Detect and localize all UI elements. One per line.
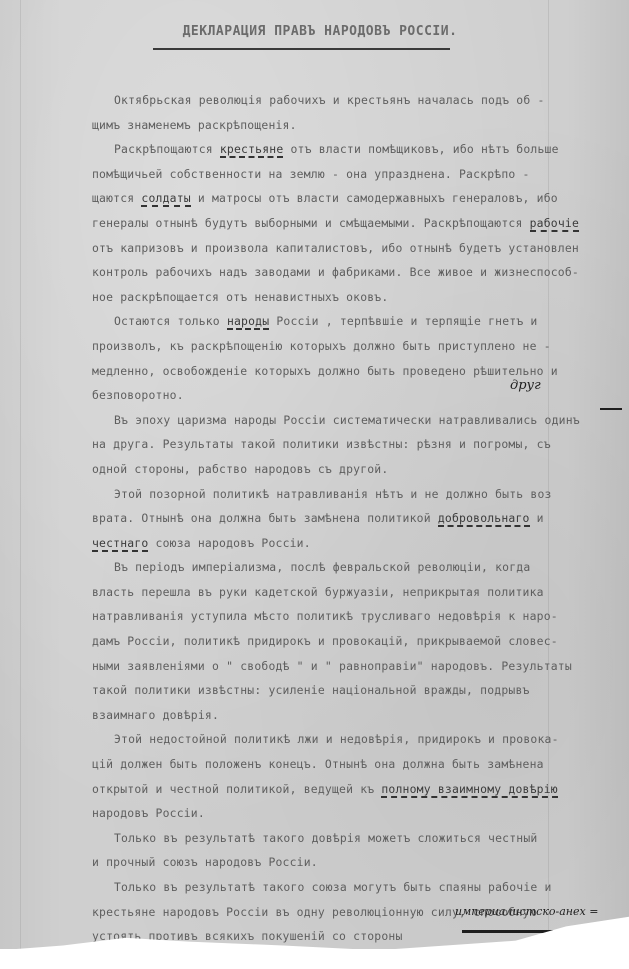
text-line: одной стороны, рабство народовъ съ друго… [92,457,627,482]
text-line: медленно, освобожденіе которыхъ должно б… [92,359,627,384]
text-line: Только въ результатѣ такого довѣрія може… [92,826,627,851]
underlined-phrase: солдаты [141,191,190,207]
text-line: Въ эпоху царизма народы Россіи системати… [92,408,627,433]
handwritten-strikethrough [462,930,602,933]
text-line: открытой и честной политикой, ведущей къ… [92,777,627,802]
text-line: ными заявленіями о " свободѣ " и " равно… [92,654,627,679]
text-line: генералы отнынѣ будутъ выборными и смѣща… [92,211,627,236]
title-underline [153,48,450,50]
text-line: Этой недостойной политикѣ лжи и недовѣрі… [92,727,627,752]
document-body: Октябрьская революція рабочихъ и крестья… [92,88,627,949]
text-line: безповоротно. [92,383,627,408]
text-line: взаимнаго довѣрія. [92,703,627,728]
handwritten-note-drug: друг [510,378,541,393]
text-line: ное раскрѣпощается отъ ненавистныхъ оков… [92,285,627,310]
underlined-phrase: рабочіе [530,216,579,232]
text-line: Раскрѣпощаются крестьяне отъ власти помѣ… [92,137,627,162]
text-line: Только въ результатѣ такого союза могутъ… [92,875,627,900]
handwritten-note-imperialist: империалистско-анех = [455,905,598,918]
text-line: врата. Отнынѣ она должна быть замѣнена п… [92,506,627,531]
text-line: дамъ Россіи, политикѣ придирокъ и провок… [92,629,627,654]
text-line: контроль рабочихъ надъ заводами и фабрик… [92,260,627,285]
underlined-phrase: полному взаимному довѣрію [381,782,557,798]
underlined-phrase: народы [227,314,269,330]
text-line: народовъ Россіи. [92,801,627,826]
text-line: произволъ, къ раскрѣпощенію которыхъ дол… [92,334,627,359]
text-line: щаются солдаты и матросы отъ власти само… [92,186,627,211]
text-line: на друга. Результаты такой политики извѣ… [92,432,627,457]
text-line: власть перешла въ руки кадетской буржуаз… [92,580,627,605]
text-line: помѣщичьей собственности на землю - она … [92,162,627,187]
underlined-phrase: честнаго [92,536,148,552]
text-line: устоять противъ всякихъ покушеній со сто… [92,924,627,949]
text-line: Этой позорной политикѣ натравливанія нѣт… [92,482,627,507]
text-line: Въ періодъ имперіализма, послѣ февральск… [92,555,627,580]
text-line: честнаго союза народовъ Россіи. [92,531,627,556]
text-line: Остаются только народы Россіи , терпѣвші… [92,309,627,334]
text-line: отъ капризовъ и произвола капиталистовъ,… [92,236,627,261]
underlined-phrase: крестьяне [220,142,284,158]
underlined-phrase: добровольнаго [438,511,530,527]
text-line: такой политики извѣстны: усиленіе націон… [92,678,627,703]
text-line: натравливанія уступила мѣсто политикѣ тр… [92,604,627,629]
document-title: ДЕКЛАРАЦИЯ ПРАВЪ НАРОДОВЪ РОССІИ. [140,24,500,39]
text-line: цій должен быть положенъ конецъ. Отнынѣ … [92,752,627,777]
document-page: ДЕКЛАРАЦИЯ ПРАВЪ НАРОДОВЪ РОССІИ. Октябр… [0,0,629,955]
paper-edge-shadow [20,0,21,955]
torn-edge-background [0,949,629,969]
text-line: и прочный союзъ народовъ Россіи. [92,850,627,875]
text-line: Октябрьская революція рабочихъ и крестья… [92,88,627,113]
text-line: щимъ знаменемъ раскрѣпощенія. [92,113,627,138]
handwritten-strikethrough-2 [600,408,622,410]
